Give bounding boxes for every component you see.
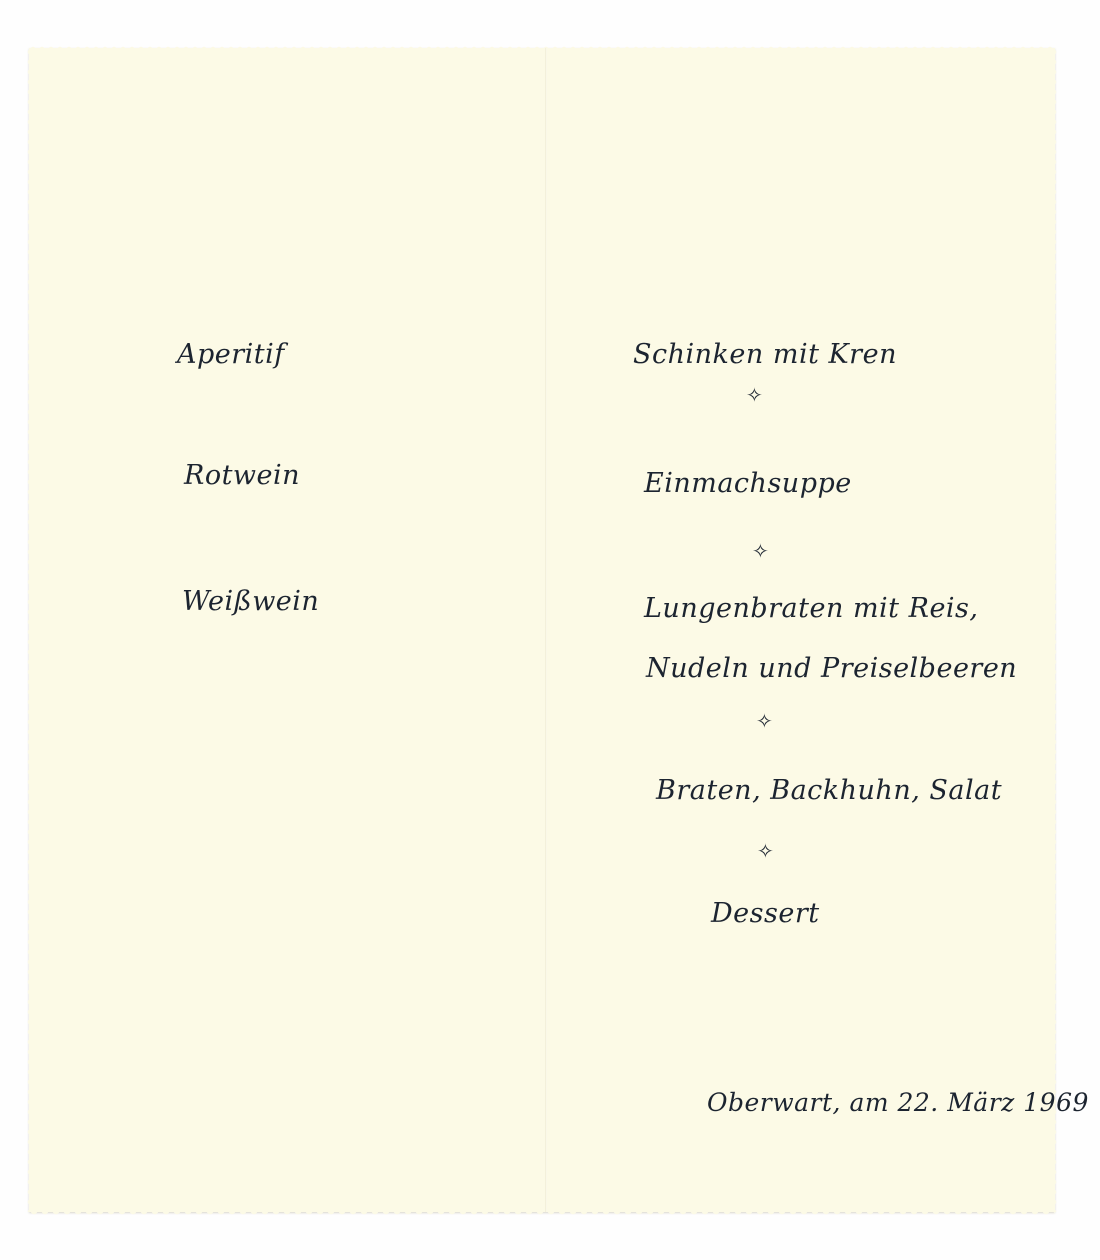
diamond-star-ornament-icon: ✧ — [752, 541, 769, 561]
diamond-star-ornament-icon: ✧ — [746, 385, 763, 405]
course-lungenbraten-line-2: Nudeln und Preiselbeeren — [646, 655, 1017, 682]
deckled-edge-bottom — [29, 1211, 1055, 1215]
deckled-edge-left — [27, 48, 30, 1212]
course-schinken: Schinken mit Kren — [633, 341, 897, 368]
drink-aperitif: Aperitif — [177, 341, 285, 368]
deckled-edge-right — [1054, 48, 1057, 1212]
course-dessert: Dessert — [711, 900, 820, 927]
course-braten-backhuhn-salat: Braten, Backhuhn, Salat — [656, 777, 1002, 804]
drink-rotwein: Rotwein — [184, 462, 300, 489]
center-fold — [545, 48, 547, 1212]
drink-weisswein: Weißwein — [182, 588, 319, 615]
deckled-edge-top — [29, 46, 1055, 49]
menu-card: Aperitif Rotwein Weißwein Schinken mit K… — [29, 48, 1055, 1212]
diamond-star-ornament-icon: ✧ — [756, 711, 773, 731]
place-and-date: Oberwart, am 22. März 1969 — [707, 1090, 1089, 1115]
course-einmachsuppe: Einmachsuppe — [644, 470, 852, 497]
diamond-star-ornament-icon: ✧ — [757, 841, 774, 861]
course-lungenbraten-line-1: Lungenbraten mit Reis, — [644, 595, 979, 622]
